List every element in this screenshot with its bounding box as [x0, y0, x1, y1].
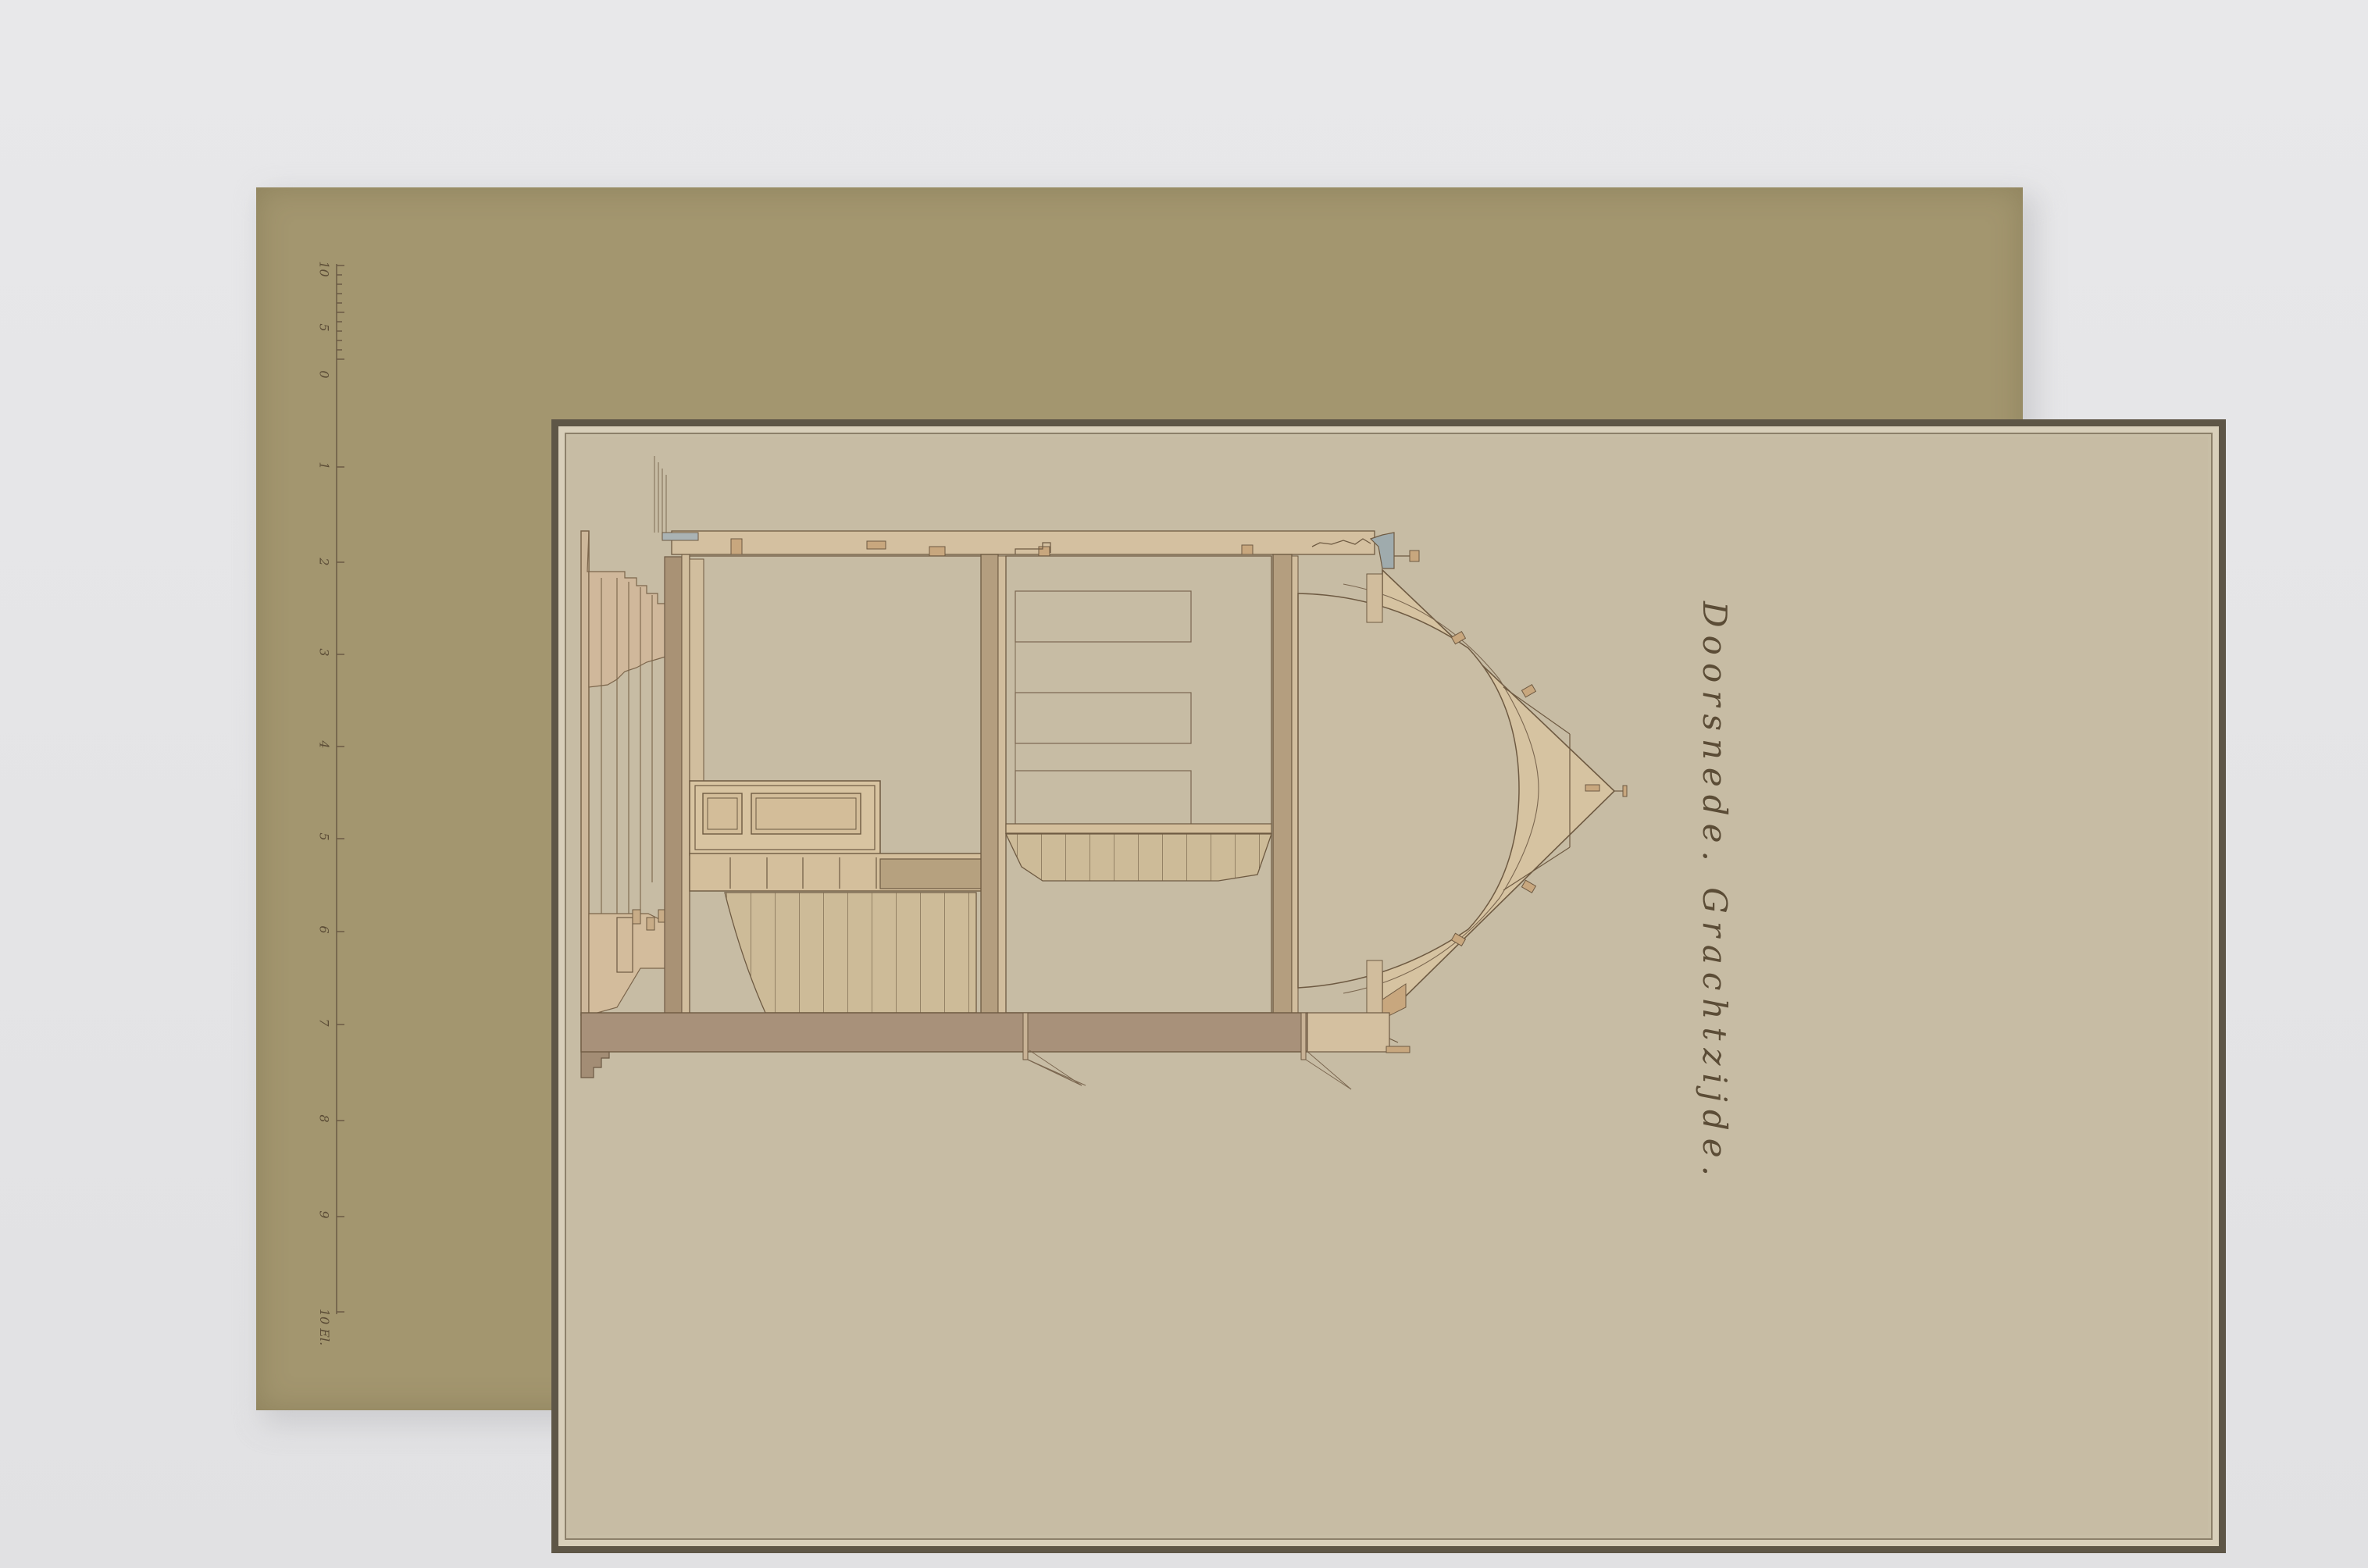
scale-label-2: 2 [317, 558, 332, 565]
scale-label-10-top: 10 [317, 261, 332, 276]
scale-label-9: 9 [317, 1210, 332, 1218]
scale-label-7: 7 [317, 1018, 332, 1026]
scale-label-5: 5 [317, 832, 332, 840]
scale-label-3: 3 [317, 648, 332, 656]
scale-label-1: 1 [317, 461, 332, 469]
architectural-section-drawing [0, 0, 2368, 1568]
storage-bench [690, 853, 986, 891]
drawing-title: Doorsnede. Grachtzijde. [1687, 601, 1734, 1101]
scale-label-8: 8 [317, 1114, 332, 1122]
section-roof-beam [662, 531, 1419, 568]
scale-bar [337, 264, 344, 1314]
section-room-front [690, 556, 986, 1015]
section-right-wall [1273, 554, 1298, 1015]
paneled-wainscot [690, 781, 880, 855]
scale-label-10-el: 10 El. [317, 1309, 332, 1345]
section-room-middle [1006, 556, 1271, 1013]
section-ground-line [581, 1013, 1410, 1089]
scale-label-6: 6 [317, 925, 332, 933]
scale-label-5-top: 5 [317, 323, 332, 331]
section-gable-roof [1298, 570, 1627, 1019]
section-middle-wall [981, 554, 1006, 1015]
scale-label-4: 4 [317, 740, 332, 748]
scale-label-0: 0 [317, 370, 332, 378]
section-front-wall [665, 551, 690, 1022]
